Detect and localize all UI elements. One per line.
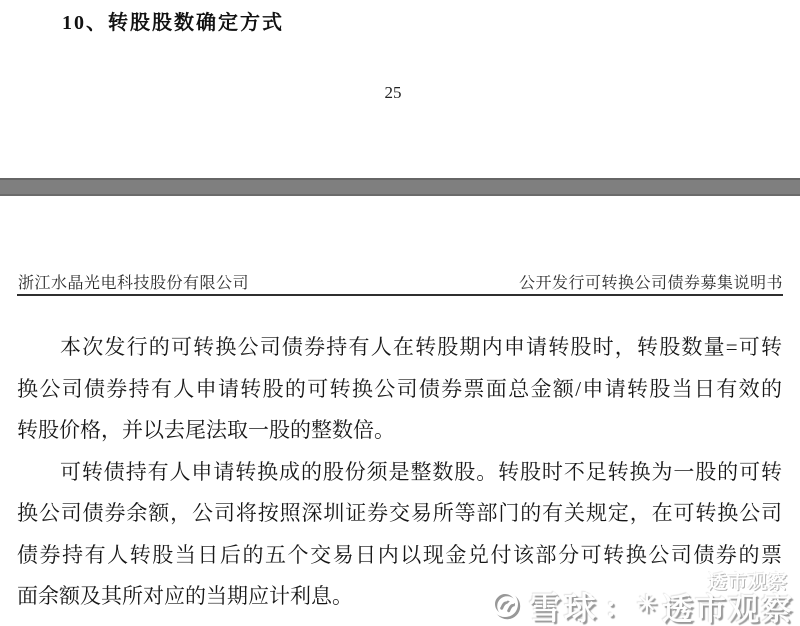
body-text: 本次发行的可转换公司债券持有人在转股期内申请转股时，转股数量=可转 换公司债券持… (17, 327, 782, 618)
paragraph-2-line-3: 债券持有人转股当日后的五个交易日内以现金兑付该部分可转换公司债券的票 (17, 535, 782, 577)
paragraph-1-line-1: 本次发行的可转换公司债券持有人在转股期内申请转股时，转股数量=可转 (17, 327, 782, 369)
sparkle-icon: ✳ (637, 590, 657, 619)
paragraph-2-line-1: 可转债持有人申请转换成的股份须是整数股。转股时不足转换为一股的可转 (17, 452, 782, 494)
pdf-document-view: 10、转股股数确定方式 25 浙江水晶光电科技股份有限公司 公开发行可转换公司债… (0, 0, 800, 626)
watermark-account-text: 透市观察 (662, 584, 794, 626)
header-rule (17, 294, 783, 296)
header-company-name: 浙江水晶光电科技股份有限公司 (18, 270, 249, 293)
page-number: 25 (0, 83, 786, 103)
paragraph-1-line-3: 转股价格，并以去尾法取一股的整数倍。 (17, 410, 782, 452)
section-heading: 10、转股股数确定方式 (62, 6, 284, 35)
running-header: 浙江水晶光电科技股份有限公司 公开发行可转换公司债券募集说明书 (17, 270, 783, 294)
header-doc-title: 公开发行可转换公司债券募集说明书 (519, 270, 783, 293)
page-separator-bar (0, 178, 800, 196)
watermark-brand-text: 雪球 (529, 583, 599, 626)
paragraph-2-line-2: 换公司债券余额，公司将按照深圳证券交易所等部门的有关规定，在可转换公司 (17, 493, 782, 535)
watermark: 雪球 ： ✳ 透市观察 (490, 586, 794, 626)
watermark-separator: ： (605, 588, 631, 625)
xueqiu-snowball-logo-icon (490, 589, 524, 623)
paragraph-1-line-2: 换公司债券持有人申请转股的可转换公司债券票面总金额/申请转股当日有效的 (17, 369, 782, 411)
